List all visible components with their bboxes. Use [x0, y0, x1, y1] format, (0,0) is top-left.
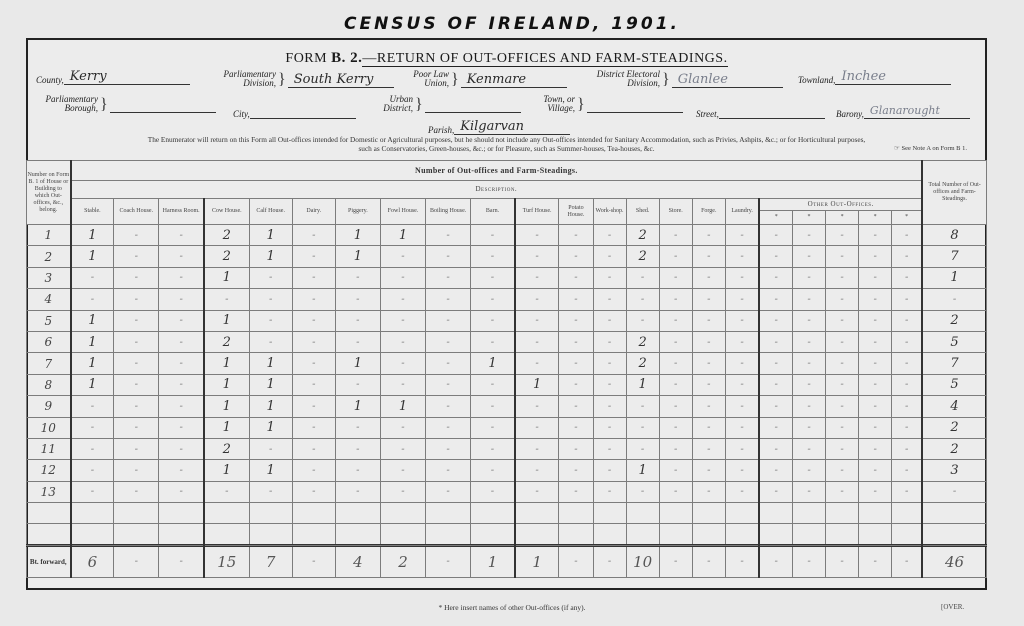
- count-cell[interactable]: [826, 503, 859, 524]
- count-cell[interactable]: 2: [204, 225, 249, 246]
- count-cell[interactable]: [692, 524, 725, 545]
- count-cell[interactable]: [71, 524, 114, 545]
- total-cell[interactable]: 46: [922, 545, 986, 577]
- house-number-cell[interactable]: 13: [27, 481, 71, 502]
- count-cell[interactable]: 2: [204, 331, 249, 352]
- count-cell[interactable]: 1: [204, 267, 249, 288]
- count-cell[interactable]: -: [426, 417, 471, 438]
- count-cell[interactable]: -: [859, 353, 892, 374]
- house-number-cell[interactable]: 3: [27, 267, 71, 288]
- count-cell[interactable]: -: [892, 246, 922, 267]
- count-cell[interactable]: -: [792, 396, 825, 417]
- house-number-cell[interactable]: 11: [27, 438, 71, 459]
- count-cell[interactable]: -: [426, 267, 471, 288]
- count-cell[interactable]: -: [593, 545, 626, 577]
- count-cell[interactable]: [292, 503, 335, 524]
- count-cell[interactable]: -: [380, 438, 425, 459]
- count-cell[interactable]: -: [859, 396, 892, 417]
- count-cell[interactable]: -: [626, 267, 659, 288]
- count-cell[interactable]: 1: [71, 353, 114, 374]
- count-cell[interactable]: -: [659, 438, 692, 459]
- count-cell[interactable]: -: [859, 374, 892, 395]
- count-cell[interactable]: -: [426, 289, 471, 310]
- count-cell[interactable]: -: [471, 289, 515, 310]
- count-cell[interactable]: -: [114, 438, 159, 459]
- count-cell[interactable]: -: [292, 396, 335, 417]
- count-cell[interactable]: -: [859, 545, 892, 577]
- count-cell[interactable]: -: [335, 267, 380, 288]
- count-cell[interactable]: -: [515, 310, 559, 331]
- count-cell[interactable]: -: [626, 310, 659, 331]
- count-cell[interactable]: -: [515, 353, 559, 374]
- count-cell[interactable]: -: [659, 481, 692, 502]
- count-cell[interactable]: -: [826, 417, 859, 438]
- count-cell[interactable]: -: [859, 460, 892, 481]
- house-number-cell[interactable]: 8: [27, 374, 71, 395]
- count-cell[interactable]: -: [71, 481, 114, 502]
- count-cell[interactable]: -: [593, 267, 626, 288]
- count-cell[interactable]: -: [292, 246, 335, 267]
- count-cell[interactable]: -: [792, 374, 825, 395]
- count-cell[interactable]: [249, 524, 292, 545]
- count-cell[interactable]: -: [892, 289, 922, 310]
- count-cell[interactable]: -: [759, 396, 792, 417]
- count-cell[interactable]: -: [725, 374, 759, 395]
- count-cell[interactable]: -: [692, 460, 725, 481]
- count-cell[interactable]: -: [559, 396, 593, 417]
- count-cell[interactable]: -: [71, 289, 114, 310]
- count-cell[interactable]: -: [626, 438, 659, 459]
- count-cell[interactable]: -: [559, 374, 593, 395]
- count-cell[interactable]: -: [559, 246, 593, 267]
- count-cell[interactable]: -: [759, 481, 792, 502]
- count-cell[interactable]: -: [159, 353, 204, 374]
- count-cell[interactable]: 1: [249, 246, 292, 267]
- count-cell[interactable]: 2: [204, 246, 249, 267]
- count-cell[interactable]: -: [426, 481, 471, 502]
- count-cell[interactable]: [725, 524, 759, 545]
- count-cell[interactable]: -: [114, 481, 159, 502]
- count-cell[interactable]: [692, 503, 725, 524]
- count-cell[interactable]: -: [159, 310, 204, 331]
- count-cell[interactable]: -: [792, 545, 825, 577]
- count-cell[interactable]: -: [559, 310, 593, 331]
- count-cell[interactable]: [159, 503, 204, 524]
- count-cell[interactable]: -: [792, 267, 825, 288]
- count-cell[interactable]: -: [759, 460, 792, 481]
- count-cell[interactable]: -: [659, 396, 692, 417]
- count-cell[interactable]: -: [292, 353, 335, 374]
- street-value[interactable]: [719, 104, 825, 119]
- count-cell[interactable]: -: [826, 481, 859, 502]
- count-cell[interactable]: -: [114, 310, 159, 331]
- count-cell[interactable]: -: [249, 310, 292, 331]
- count-cell[interactable]: -: [725, 331, 759, 352]
- count-cell[interactable]: -: [114, 289, 159, 310]
- count-cell[interactable]: [335, 524, 380, 545]
- count-cell[interactable]: -: [292, 374, 335, 395]
- count-cell[interactable]: [71, 503, 114, 524]
- count-cell[interactable]: -: [114, 460, 159, 481]
- count-cell[interactable]: -: [759, 438, 792, 459]
- count-cell[interactable]: [626, 503, 659, 524]
- total-cell[interactable]: 4: [922, 396, 986, 417]
- count-cell[interactable]: -: [71, 460, 114, 481]
- count-cell[interactable]: 1: [71, 374, 114, 395]
- count-cell[interactable]: 1: [204, 417, 249, 438]
- city-value[interactable]: [250, 104, 356, 119]
- count-cell[interactable]: [892, 503, 922, 524]
- count-cell[interactable]: -: [593, 374, 626, 395]
- count-cell[interactable]: -: [426, 396, 471, 417]
- count-cell[interactable]: -: [659, 289, 692, 310]
- count-cell[interactable]: [426, 524, 471, 545]
- count-cell[interactable]: -: [692, 438, 725, 459]
- count-cell[interactable]: -: [426, 310, 471, 331]
- count-cell[interactable]: -: [426, 374, 471, 395]
- count-cell[interactable]: [204, 524, 249, 545]
- count-cell[interactable]: -: [725, 460, 759, 481]
- count-cell[interactable]: [792, 524, 825, 545]
- count-cell[interactable]: -: [292, 460, 335, 481]
- count-cell[interactable]: -: [292, 310, 335, 331]
- count-cell[interactable]: -: [859, 438, 892, 459]
- count-cell[interactable]: -: [892, 460, 922, 481]
- count-cell[interactable]: -: [826, 460, 859, 481]
- count-cell[interactable]: 6: [71, 545, 114, 577]
- count-cell[interactable]: [593, 503, 626, 524]
- count-cell[interactable]: -: [380, 289, 425, 310]
- count-cell[interactable]: -: [159, 225, 204, 246]
- count-cell[interactable]: [159, 524, 204, 545]
- count-cell[interactable]: -: [471, 310, 515, 331]
- count-cell[interactable]: -: [859, 246, 892, 267]
- count-cell[interactable]: 1: [71, 310, 114, 331]
- count-cell[interactable]: -: [426, 246, 471, 267]
- count-cell[interactable]: -: [792, 353, 825, 374]
- count-cell[interactable]: 2: [626, 353, 659, 374]
- count-cell[interactable]: -: [335, 374, 380, 395]
- count-cell[interactable]: 1: [249, 460, 292, 481]
- count-cell[interactable]: -: [892, 331, 922, 352]
- count-cell[interactable]: -: [792, 460, 825, 481]
- count-cell[interactable]: -: [114, 246, 159, 267]
- count-cell[interactable]: -: [826, 353, 859, 374]
- count-cell[interactable]: -: [380, 310, 425, 331]
- count-cell[interactable]: -: [725, 246, 759, 267]
- count-cell[interactable]: -: [249, 438, 292, 459]
- house-number-cell[interactable]: 1: [27, 225, 71, 246]
- count-cell[interactable]: -: [335, 310, 380, 331]
- count-cell[interactable]: 1: [335, 396, 380, 417]
- count-cell[interactable]: -: [71, 417, 114, 438]
- count-cell[interactable]: -: [759, 267, 792, 288]
- count-cell[interactable]: -: [593, 289, 626, 310]
- count-cell[interactable]: -: [380, 353, 425, 374]
- count-cell[interactable]: -: [859, 310, 892, 331]
- count-cell[interactable]: 1: [204, 460, 249, 481]
- count-cell[interactable]: -: [626, 289, 659, 310]
- count-cell[interactable]: 7: [249, 545, 292, 577]
- total-cell[interactable]: 2: [922, 438, 986, 459]
- count-cell[interactable]: -: [725, 353, 759, 374]
- count-cell[interactable]: [859, 524, 892, 545]
- count-cell[interactable]: -: [559, 438, 593, 459]
- count-cell[interactable]: -: [471, 225, 515, 246]
- count-cell[interactable]: 1: [626, 374, 659, 395]
- count-cell[interactable]: -: [249, 289, 292, 310]
- count-cell[interactable]: 1: [249, 225, 292, 246]
- count-cell[interactable]: -: [892, 545, 922, 577]
- count-cell[interactable]: -: [426, 353, 471, 374]
- count-cell[interactable]: -: [692, 545, 725, 577]
- count-cell[interactable]: [114, 524, 159, 545]
- count-cell[interactable]: [335, 503, 380, 524]
- count-cell[interactable]: -: [515, 438, 559, 459]
- count-cell[interactable]: -: [335, 417, 380, 438]
- count-cell[interactable]: -: [559, 481, 593, 502]
- count-cell[interactable]: -: [725, 481, 759, 502]
- count-cell[interactable]: -: [593, 481, 626, 502]
- count-cell[interactable]: -: [114, 267, 159, 288]
- count-cell[interactable]: 1: [335, 246, 380, 267]
- town-or-village-value[interactable]: [587, 98, 683, 113]
- count-cell[interactable]: -: [159, 396, 204, 417]
- parliamentary-division-value[interactable]: South Kerry: [288, 73, 394, 88]
- count-cell[interactable]: 1: [204, 310, 249, 331]
- count-cell[interactable]: -: [515, 331, 559, 352]
- count-cell[interactable]: 2: [626, 225, 659, 246]
- count-cell[interactable]: -: [159, 331, 204, 352]
- count-cell[interactable]: -: [159, 438, 204, 459]
- count-cell[interactable]: -: [159, 481, 204, 502]
- house-number-cell[interactable]: 7: [27, 353, 71, 374]
- count-cell[interactable]: -: [725, 417, 759, 438]
- barony-value[interactable]: Glanarought: [864, 104, 970, 119]
- count-cell[interactable]: -: [515, 267, 559, 288]
- count-cell[interactable]: -: [692, 396, 725, 417]
- count-cell[interactable]: -: [426, 225, 471, 246]
- total-cell[interactable]: 5: [922, 374, 986, 395]
- count-cell[interactable]: -: [292, 481, 335, 502]
- count-cell[interactable]: -: [71, 267, 114, 288]
- parliamentary-borough-value[interactable]: [110, 98, 216, 113]
- count-cell[interactable]: -: [380, 267, 425, 288]
- count-cell[interactable]: 2: [626, 331, 659, 352]
- count-cell[interactable]: -: [292, 545, 335, 577]
- total-cell[interactable]: 8: [922, 225, 986, 246]
- count-cell[interactable]: -: [114, 331, 159, 352]
- count-cell[interactable]: -: [792, 481, 825, 502]
- count-cell[interactable]: -: [471, 374, 515, 395]
- count-cell[interactable]: -: [515, 225, 559, 246]
- count-cell[interactable]: -: [471, 267, 515, 288]
- house-number-cell[interactable]: [27, 503, 71, 524]
- count-cell[interactable]: -: [826, 331, 859, 352]
- count-cell[interactable]: -: [471, 438, 515, 459]
- count-cell[interactable]: -: [659, 353, 692, 374]
- count-cell[interactable]: -: [725, 267, 759, 288]
- count-cell[interactable]: -: [471, 396, 515, 417]
- count-cell[interactable]: -: [559, 331, 593, 352]
- count-cell[interactable]: [380, 524, 425, 545]
- count-cell[interactable]: -: [725, 225, 759, 246]
- count-cell[interactable]: -: [626, 481, 659, 502]
- count-cell[interactable]: -: [792, 438, 825, 459]
- count-cell[interactable]: 1: [249, 417, 292, 438]
- count-cell[interactable]: 1: [249, 353, 292, 374]
- count-cell[interactable]: -: [292, 289, 335, 310]
- total-cell[interactable]: 2: [922, 310, 986, 331]
- count-cell[interactable]: -: [292, 438, 335, 459]
- house-number-cell[interactable]: 10: [27, 417, 71, 438]
- count-cell[interactable]: -: [792, 289, 825, 310]
- count-cell[interactable]: -: [826, 246, 859, 267]
- count-cell[interactable]: -: [759, 545, 792, 577]
- count-cell[interactable]: -: [826, 545, 859, 577]
- count-cell[interactable]: -: [759, 374, 792, 395]
- count-cell[interactable]: -: [692, 374, 725, 395]
- count-cell[interactable]: -: [692, 267, 725, 288]
- total-cell[interactable]: -: [922, 289, 986, 310]
- count-cell[interactable]: -: [380, 331, 425, 352]
- count-cell[interactable]: -: [380, 460, 425, 481]
- count-cell[interactable]: -: [380, 246, 425, 267]
- count-cell[interactable]: -: [593, 331, 626, 352]
- count-cell[interactable]: -: [249, 481, 292, 502]
- count-cell[interactable]: -: [826, 310, 859, 331]
- count-cell[interactable]: -: [725, 310, 759, 331]
- count-cell[interactable]: -: [859, 289, 892, 310]
- count-cell[interactable]: [515, 503, 559, 524]
- count-cell[interactable]: -: [380, 481, 425, 502]
- count-cell[interactable]: -: [114, 374, 159, 395]
- count-cell[interactable]: -: [335, 481, 380, 502]
- count-cell[interactable]: -: [659, 310, 692, 331]
- house-number-cell[interactable]: 9: [27, 396, 71, 417]
- count-cell[interactable]: [515, 524, 559, 545]
- count-cell[interactable]: -: [792, 310, 825, 331]
- district-electoral-division-value[interactable]: Glanlee: [672, 73, 783, 88]
- count-cell[interactable]: 1: [471, 545, 515, 577]
- count-cell[interactable]: -: [892, 481, 922, 502]
- count-cell[interactable]: [759, 503, 792, 524]
- count-cell[interactable]: [659, 503, 692, 524]
- count-cell[interactable]: -: [515, 289, 559, 310]
- count-cell[interactable]: -: [559, 353, 593, 374]
- count-cell[interactable]: [380, 503, 425, 524]
- count-cell[interactable]: -: [759, 331, 792, 352]
- count-cell[interactable]: -: [692, 353, 725, 374]
- count-cell[interactable]: -: [692, 289, 725, 310]
- count-cell[interactable]: 1: [515, 545, 559, 577]
- house-number-cell[interactable]: 5: [27, 310, 71, 331]
- count-cell[interactable]: [559, 503, 593, 524]
- count-cell[interactable]: -: [159, 460, 204, 481]
- count-cell[interactable]: -: [626, 396, 659, 417]
- count-cell[interactable]: 1: [204, 353, 249, 374]
- count-cell[interactable]: -: [515, 396, 559, 417]
- count-cell[interactable]: -: [471, 246, 515, 267]
- count-cell[interactable]: [725, 503, 759, 524]
- count-cell[interactable]: -: [559, 225, 593, 246]
- count-cell[interactable]: -: [892, 353, 922, 374]
- count-cell[interactable]: -: [249, 267, 292, 288]
- house-number-cell[interactable]: 2: [27, 246, 71, 267]
- total-cell[interactable]: [922, 524, 986, 545]
- count-cell[interactable]: [759, 524, 792, 545]
- count-cell[interactable]: -: [159, 374, 204, 395]
- count-cell[interactable]: -: [593, 310, 626, 331]
- count-cell[interactable]: 1: [249, 396, 292, 417]
- count-cell[interactable]: -: [759, 353, 792, 374]
- count-cell[interactable]: -: [380, 417, 425, 438]
- count-cell[interactable]: -: [114, 353, 159, 374]
- count-cell[interactable]: -: [826, 396, 859, 417]
- count-cell[interactable]: -: [626, 417, 659, 438]
- count-cell[interactable]: -: [159, 289, 204, 310]
- count-cell[interactable]: -: [335, 460, 380, 481]
- count-cell[interactable]: 2: [380, 545, 425, 577]
- count-cell[interactable]: -: [692, 481, 725, 502]
- count-cell[interactable]: -: [826, 267, 859, 288]
- count-cell[interactable]: -: [159, 417, 204, 438]
- count-cell[interactable]: -: [426, 545, 471, 577]
- count-cell[interactable]: -: [759, 417, 792, 438]
- count-cell[interactable]: -: [114, 396, 159, 417]
- count-cell[interactable]: 2: [204, 438, 249, 459]
- count-cell[interactable]: -: [826, 438, 859, 459]
- count-cell[interactable]: -: [892, 438, 922, 459]
- count-cell[interactable]: -: [515, 246, 559, 267]
- parish-value[interactable]: Kilgarvan: [454, 120, 570, 135]
- count-cell[interactable]: 4: [335, 545, 380, 577]
- count-cell[interactable]: [204, 503, 249, 524]
- count-cell[interactable]: -: [892, 417, 922, 438]
- count-cell[interactable]: 1: [471, 353, 515, 374]
- count-cell[interactable]: -: [859, 331, 892, 352]
- count-cell[interactable]: -: [725, 396, 759, 417]
- count-cell[interactable]: -: [559, 545, 593, 577]
- count-cell[interactable]: 1: [335, 353, 380, 374]
- count-cell[interactable]: -: [659, 225, 692, 246]
- total-cell[interactable]: 7: [922, 246, 986, 267]
- count-cell[interactable]: -: [559, 289, 593, 310]
- count-cell[interactable]: -: [792, 246, 825, 267]
- count-cell[interactable]: -: [559, 417, 593, 438]
- count-cell[interactable]: -: [593, 225, 626, 246]
- count-cell[interactable]: -: [692, 246, 725, 267]
- count-cell[interactable]: -: [380, 374, 425, 395]
- count-cell[interactable]: [426, 503, 471, 524]
- house-number-cell[interactable]: 12: [27, 460, 71, 481]
- count-cell[interactable]: -: [725, 289, 759, 310]
- count-cell[interactable]: -: [725, 438, 759, 459]
- count-cell[interactable]: -: [692, 417, 725, 438]
- count-cell[interactable]: -: [659, 246, 692, 267]
- count-cell[interactable]: -: [204, 481, 249, 502]
- count-cell[interactable]: -: [859, 417, 892, 438]
- count-cell[interactable]: [859, 503, 892, 524]
- count-cell[interactable]: -: [159, 246, 204, 267]
- count-cell[interactable]: -: [471, 460, 515, 481]
- count-cell[interactable]: -: [593, 438, 626, 459]
- count-cell[interactable]: [471, 524, 515, 545]
- count-cell[interactable]: [471, 503, 515, 524]
- count-cell[interactable]: 1: [71, 246, 114, 267]
- count-cell[interactable]: -: [593, 460, 626, 481]
- count-cell[interactable]: -: [659, 417, 692, 438]
